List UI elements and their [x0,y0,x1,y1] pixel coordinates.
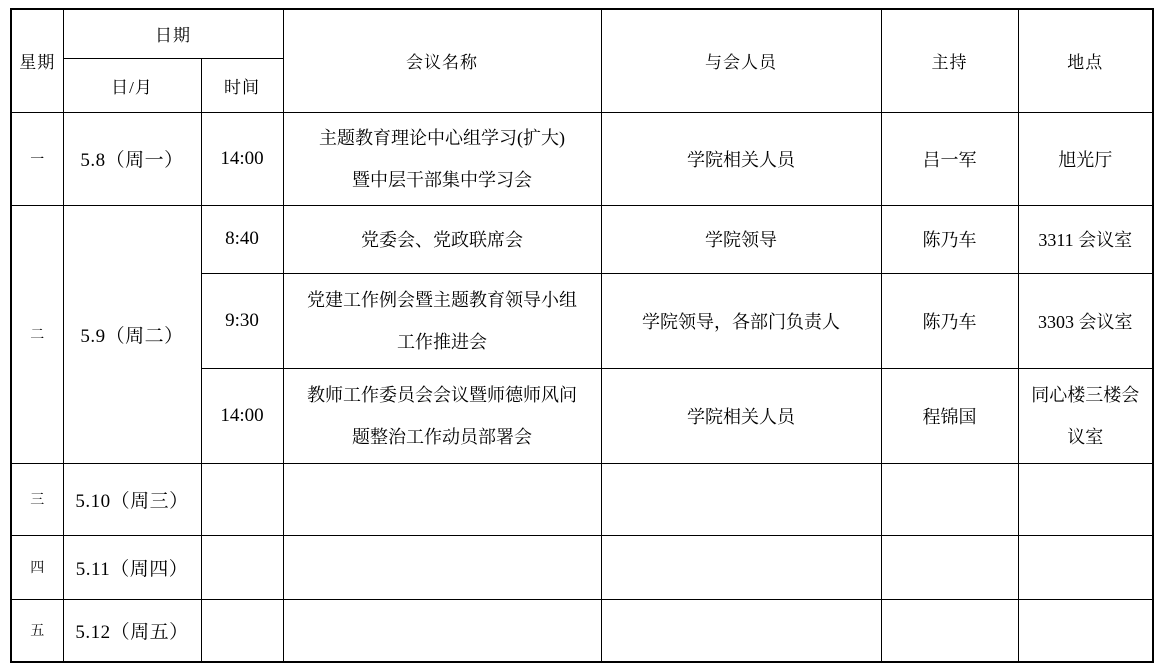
cell-time: 14:00 [201,368,283,463]
cell-weekday: 一 [11,112,63,205]
cell-date: 5.8（周一） [63,112,201,205]
cell-attendees: 学院领导，各部门负责人 [601,273,881,368]
meeting-name-line: 主题教育理论中心组学习(扩大) [286,117,599,159]
cell-host: 吕一军 [881,112,1018,205]
cell-meeting-name: 主题教育理论中心组学习(扩大) 暨中层干部集中学习会 [283,112,601,205]
cell-location-empty [1018,599,1153,662]
cell-time: 9:30 [201,273,283,368]
cell-attendees: 学院相关人员 [601,112,881,205]
cell-attendees: 学院相关人员 [601,368,881,463]
cell-host: 陈乃车 [881,273,1018,368]
cell-weekday: 三 [11,463,63,535]
header-location: 地点 [1018,9,1153,112]
cell-meeting-name-empty [283,463,601,535]
location-line: 同心楼三楼会 [1021,374,1151,416]
header-time: 时间 [201,58,283,112]
meeting-name-line: 暨中层干部集中学习会 [286,159,599,201]
table-row-thursday: 四 5.11（周四） [11,535,1153,599]
cell-time-empty [201,463,283,535]
meeting-name-line: 党建工作例会暨主题教育领导小组 [286,279,599,321]
cell-location: 3303 会议室 [1018,273,1153,368]
cell-meeting-name-empty [283,599,601,662]
cell-time-empty [201,535,283,599]
cell-host-empty [881,535,1018,599]
header-week: 星期 [11,9,63,112]
cell-time-empty [201,599,283,662]
header-meeting-name: 会议名称 [283,9,601,112]
header-day-month: 日/月 [63,58,201,112]
header-attendees: 与会人员 [601,9,881,112]
cell-meeting-name: 党建工作例会暨主题教育领导小组 工作推进会 [283,273,601,368]
cell-attendees-empty [601,599,881,662]
header-row-1: 星期 日期 会议名称 与会人员 主持 地点 [11,9,1153,58]
cell-weekday: 五 [11,599,63,662]
meeting-schedule: 星期 日期 会议名称 与会人员 主持 地点 日/月 时间 一 5.8（周一） 1… [10,8,1154,663]
cell-date: 5.10（周三） [63,463,201,535]
cell-date: 5.11（周四） [63,535,201,599]
cell-time: 8:40 [201,205,283,273]
cell-host-empty [881,463,1018,535]
cell-date: 5.12（周五） [63,599,201,662]
cell-host-empty [881,599,1018,662]
cell-attendees: 学院领导 [601,205,881,273]
meeting-schedule-table: 星期 日期 会议名称 与会人员 主持 地点 日/月 时间 一 5.8（周一） 1… [10,8,1154,663]
meeting-name-line: 题整治工作动员部署会 [286,416,599,458]
table-row-friday: 五 5.12（周五） [11,599,1153,662]
cell-attendees-empty [601,535,881,599]
cell-location-empty [1018,463,1153,535]
cell-weekday: 二 [11,205,63,463]
table-row-wednesday: 三 5.10（周三） [11,463,1153,535]
cell-attendees-empty [601,463,881,535]
cell-location: 旭光厅 [1018,112,1153,205]
table-row-monday: 一 5.8（周一） 14:00 主题教育理论中心组学习(扩大) 暨中层干部集中学… [11,112,1153,205]
header-host: 主持 [881,9,1018,112]
cell-host: 陈乃车 [881,205,1018,273]
meeting-name-line: 工作推进会 [286,321,599,363]
cell-weekday: 四 [11,535,63,599]
location-line: 议室 [1021,416,1151,458]
table-row-tuesday-1: 二 5.9（周二） 8:40 党委会、党政联席会 学院领导 陈乃车 3311 会… [11,205,1153,273]
meeting-name-line: 教师工作委员会会议暨师德师风问 [286,374,599,416]
cell-location: 3311 会议室 [1018,205,1153,273]
cell-location: 同心楼三楼会 议室 [1018,368,1153,463]
cell-location-empty [1018,535,1153,599]
cell-meeting-name-empty [283,535,601,599]
cell-date: 5.9（周二） [63,205,201,463]
cell-meeting-name: 党委会、党政联席会 [283,205,601,273]
cell-time: 14:00 [201,112,283,205]
header-date-group: 日期 [63,9,283,58]
cell-meeting-name: 教师工作委员会会议暨师德师风问 题整治工作动员部署会 [283,368,601,463]
cell-host: 程锦国 [881,368,1018,463]
